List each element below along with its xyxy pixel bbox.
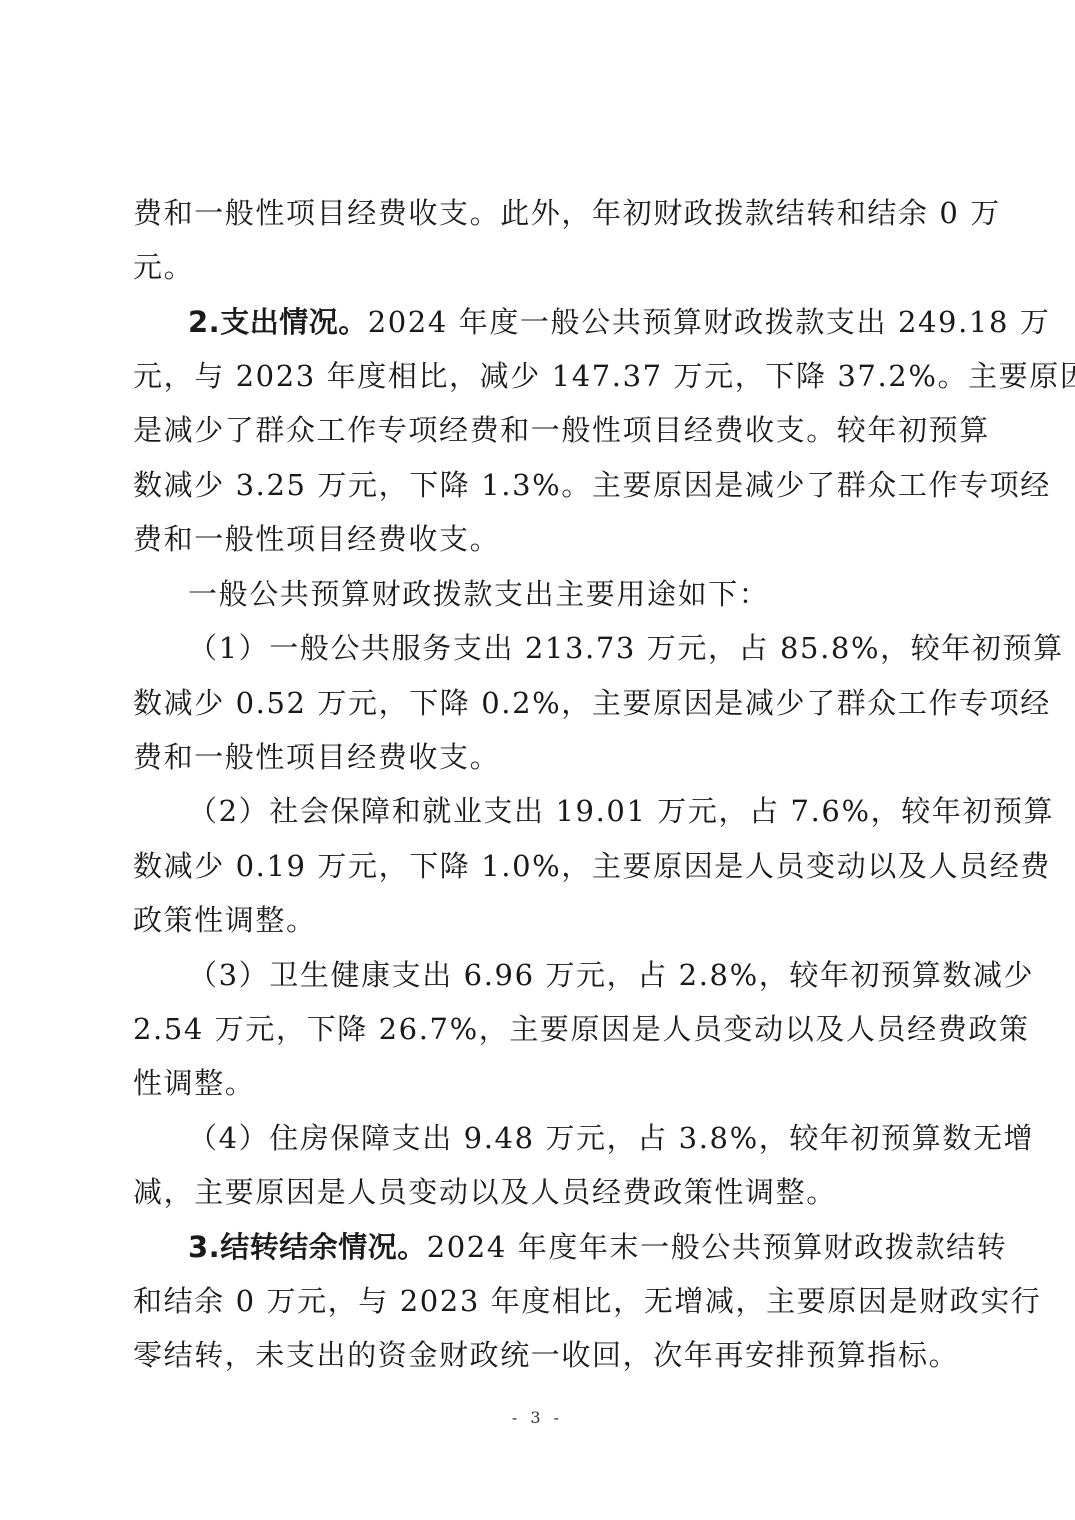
item-1-line: 数减少 0.52 万元，下降 0.2%，主要原因是减少了群众工作专项经: [133, 683, 943, 723]
paragraph-line: 和结余 0 万元，与 2023 年度相比，无增减，主要原因是财政实行: [133, 1281, 943, 1321]
item-3-line: 性调整。: [133, 1063, 943, 1103]
section-expenditure-first-line: 2.支出情况。2024 年度一般公共预算财政拨款支出 249.18 万: [188, 302, 943, 342]
paragraph-line: 元，与 2023 年度相比，减少 147.37 万元，下降 37.2%。主要原因: [133, 356, 943, 396]
item-2-line: 数减少 0.19 万元，下降 1.0%，主要原因是人员变动以及人员经费: [133, 846, 943, 886]
paragraph-line: 是减少了群众工作专项经费和一般性项目经费收支。较年初预算: [133, 410, 943, 450]
section-heading-expenditure: 2.支出情况。: [188, 305, 368, 339]
item-4-line: 减，主要原因是人员变动以及人员经费政策性调整。: [133, 1172, 943, 1212]
paragraph-line: 费和一般性项目经费收支。: [133, 519, 943, 559]
section-carryover-first-line: 3.结转结余情况。2024 年度年末一般公共预算财政拨款结转: [188, 1227, 943, 1267]
page-number: - 3 -: [0, 1408, 1075, 1427]
paragraph-line-text: 2024 年度一般公共预算财政拨款支出 249.18 万: [368, 305, 1051, 339]
section-heading-carryover: 3.结转结余情况。: [188, 1230, 427, 1264]
usage-intro-line: 一般公共预算财政拨款支出主要用途如下：: [188, 574, 943, 614]
item-1-line: （1）一般公共服务支出 213.73 万元，占 85.8%，较年初预算: [188, 628, 943, 668]
item-3-line: 2.54 万元，下降 26.7%，主要原因是人员变动以及人员经费政策: [133, 1009, 943, 1049]
document-page: 费和一般性项目经费收支。此外，年初财政拨款结转和结余 0 万 元。 2.支出情况…: [0, 0, 1075, 1520]
item-3-line: （3）卫生健康支出 6.96 万元，占 2.8%，较年初预算数减少: [188, 955, 943, 995]
item-4-line: （4）住房保障支出 9.48 万元，占 3.8%，较年初预算数无增: [188, 1118, 943, 1158]
item-2-line: 政策性调整。: [133, 900, 943, 940]
item-1-line: 费和一般性项目经费收支。: [133, 737, 943, 777]
paragraph-line: 费和一般性项目经费收支。此外，年初财政拨款结转和结余 0 万: [133, 193, 943, 233]
paragraph-line-text: 2024 年度年末一般公共预算财政拨款结转: [427, 1230, 1008, 1264]
paragraph-line: 零结转，未支出的资金财政统一收回，次年再安排预算指标。: [133, 1335, 943, 1375]
item-2-line: （2）社会保障和就业支出 19.01 万元，占 7.6%，较年初预算: [188, 791, 943, 831]
paragraph-line: 数减少 3.25 万元，下降 1.3%。主要原因是减少了群众工作专项经: [133, 465, 943, 505]
paragraph-line: 元。: [133, 247, 943, 287]
